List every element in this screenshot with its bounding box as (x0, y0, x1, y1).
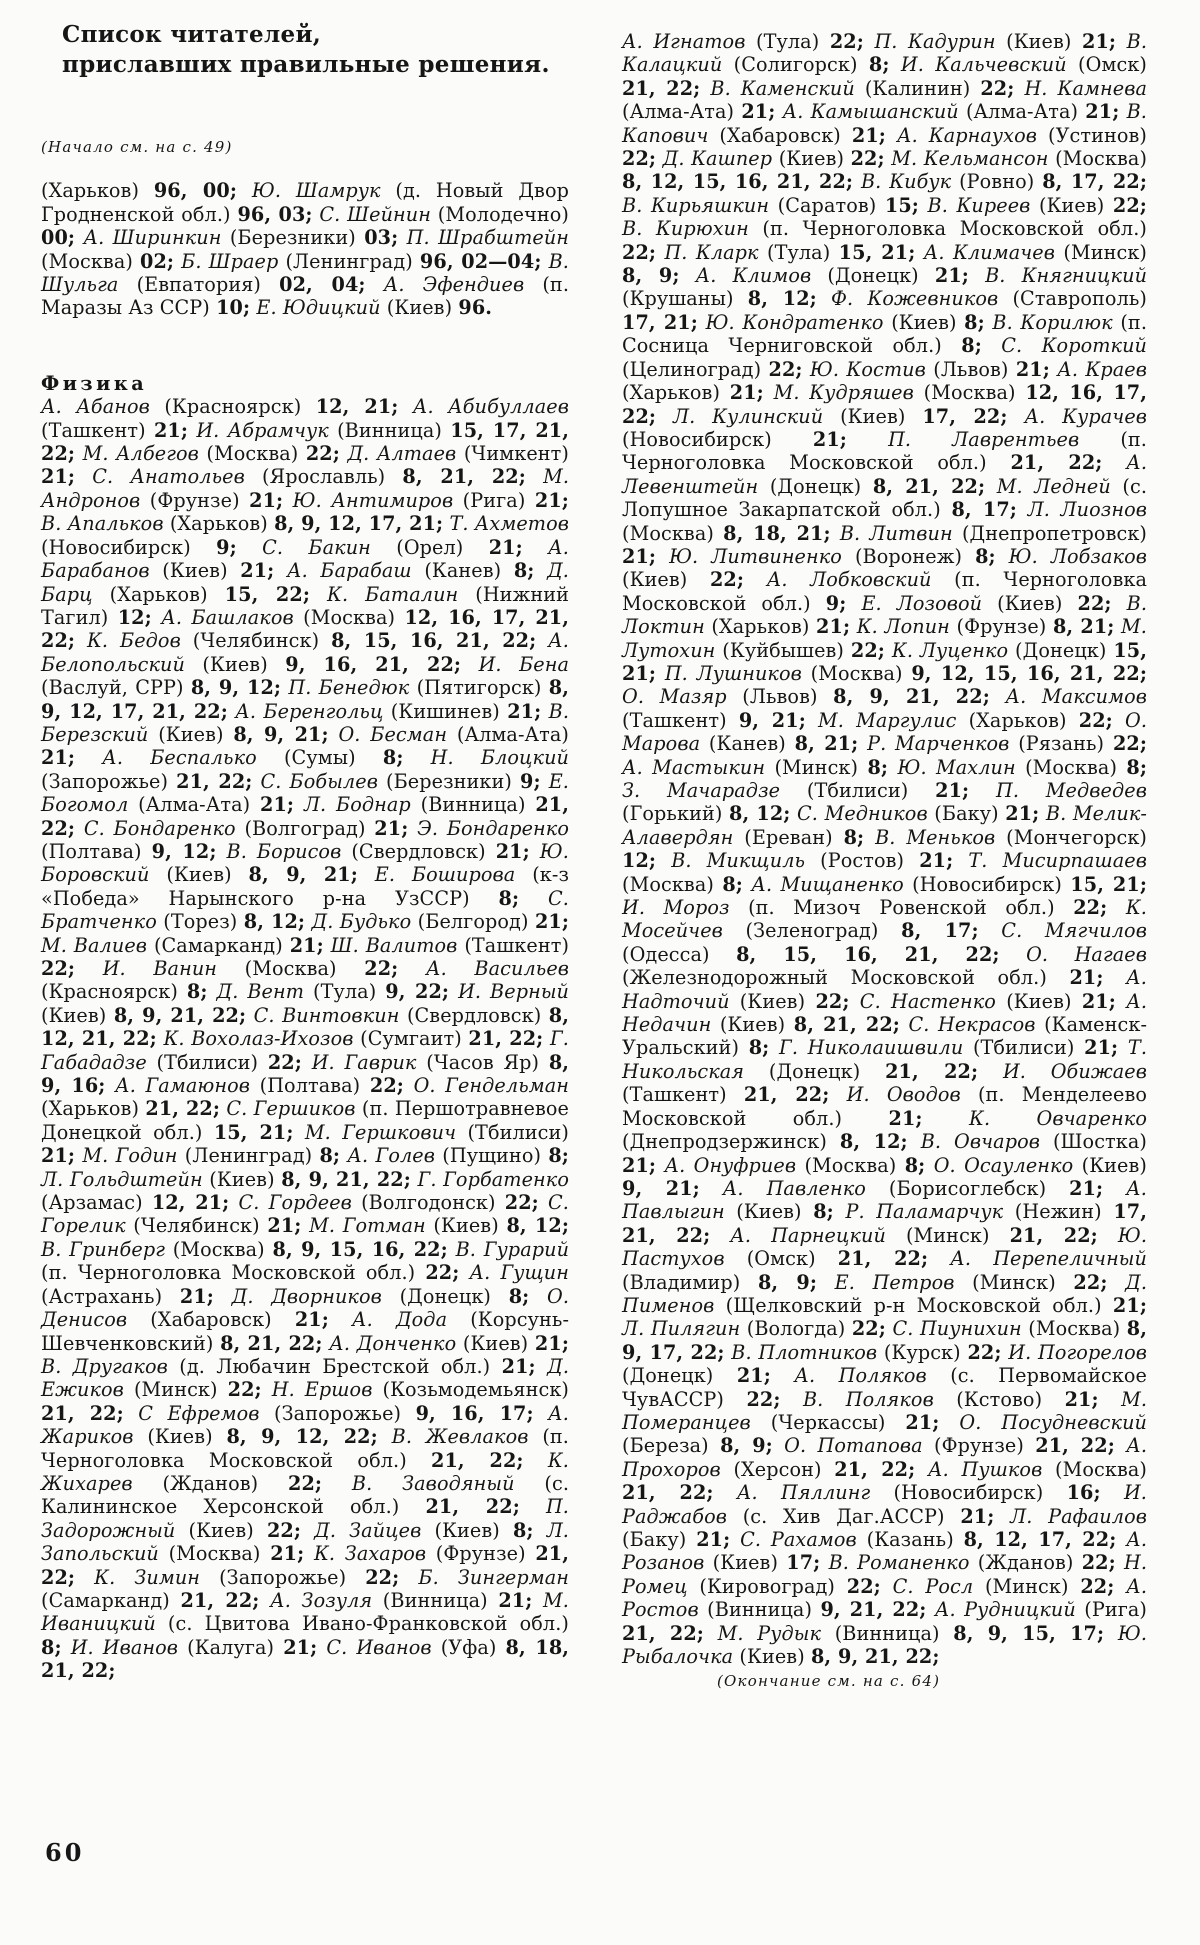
reader-city: (Киев) (162, 559, 227, 582)
reader-name: А. Максимов (1006, 685, 1148, 708)
reader-name: А. Поляков (794, 1364, 926, 1387)
problem-numbers: 22; (746, 1388, 780, 1411)
problem-numbers: 22; (370, 1074, 404, 1097)
problem-numbers: 8; (749, 1036, 770, 1059)
reader-name: Д. Алтаев (347, 442, 456, 465)
reader-entry: А. Камышанский (Алма-Ата) 21; (783, 100, 1120, 123)
problem-numbers: 22; (622, 241, 656, 264)
reader-entry: П. Кадурин (Киев) 21; (874, 30, 1116, 53)
reader-name: А. Барабаш (287, 559, 412, 582)
problem-numbers: 8; (509, 1285, 530, 1308)
reader-name: А. Климачев (924, 241, 1055, 264)
problem-numbers: 22; (425, 1261, 459, 1284)
problem-numbers: 8, 21, 22; (873, 475, 985, 498)
reader-entry: Л. Кулинский (Киев) 17, 22; (673, 405, 1008, 428)
page-number: 60 (45, 1838, 84, 1867)
reader-entry: И. Иванов (Калуга) 21; (71, 1636, 318, 1659)
reader-city: (Алма-Ата) (457, 723, 569, 746)
problem-numbers: 22; (980, 77, 1014, 100)
reader-entry: В. Кирьяшкин (Саратов) 15; (622, 194, 919, 217)
reader-entry: В. Микщиль (Ростов) 21; (671, 849, 953, 872)
physics-paragraph-left: А. Абанов (Красноярск) 12, 21; А. Абибул… (41, 395, 569, 1682)
reader-entry: П. Кларк (Тула) 15, 21; (664, 241, 915, 264)
reader-name: А. Башлаков (161, 606, 294, 629)
reader-city: (Минск) (906, 1224, 990, 1247)
problem-numbers: 8; (867, 756, 888, 779)
reader-city: (Ростов) (820, 849, 904, 872)
reader-city: (Козьмодемьянск) (382, 1378, 569, 1401)
reader-entry: (Харьков) 96, 00; (41, 179, 237, 202)
reader-city: (Киев) (736, 1200, 801, 1223)
reader-name: А. Мастыкин (622, 756, 765, 779)
problem-numbers: 21, 22; (425, 1495, 519, 1518)
reader-city: (Крушаны) (622, 287, 734, 310)
reader-city: (с. Хив Даг.АССР) (743, 1505, 945, 1528)
reader-name: Д. Вент (217, 980, 305, 1003)
reader-entry: С. Настенко (Киев) 21; (860, 990, 1116, 1013)
reader-city: (Москва) (1028, 1317, 1120, 1340)
reader-city: (Москва) (173, 1238, 265, 1261)
reader-name: В. Гринберг (41, 1238, 165, 1261)
reader-entry: Д. Дворников (Донецк) 8; (232, 1285, 530, 1308)
reader-city: (Шостка) (1053, 1130, 1147, 1153)
problem-numbers: 21, 22; (1035, 1434, 1115, 1457)
reader-name: А. Краев (1057, 358, 1147, 381)
reader-name: А. Пяллинг (737, 1481, 870, 1504)
reader-name: А. Зозуля (270, 1589, 372, 1612)
reader-name: И. Верный (458, 980, 569, 1003)
problem-numbers: 96, 02—04; (420, 250, 542, 273)
reader-entry: С. Гордеев (Волгодонск) 22; (239, 1191, 539, 1214)
problem-numbers: 22; (830, 30, 864, 53)
reader-entry: С Ефремов (Запорожье) 9, 16, 17; (138, 1402, 533, 1425)
reader-city: (Уфа) (441, 1636, 497, 1659)
reader-name: Ю. Махлин (897, 756, 1015, 779)
reader-entry: В. Гринберг (Москва) 8, 9, 15, 16, 22; (41, 1238, 448, 1261)
problem-numbers: 21; (374, 817, 408, 840)
reader-city: (Минск) (134, 1378, 218, 1401)
reader-city: (Полтава) (41, 840, 142, 863)
reader-entry: О. Потапова (Фрунзе) 21, 22; (784, 1434, 1115, 1457)
reader-city: (Кировоград) (699, 1575, 835, 1598)
reader-entry: А. Барабаш (Канев) 8; (287, 559, 535, 582)
reader-name: С. Мягчилов (1001, 919, 1147, 942)
reader-name: С. Настенко (860, 990, 996, 1013)
reader-name: К. Луценко (892, 639, 1008, 662)
problem-numbers: 22; (365, 1566, 399, 1589)
reader-entry: О. Мазяр (Львов) 8, 9, 21, 22; (622, 685, 990, 708)
reader-city: (Фрунзе) (436, 1542, 526, 1565)
problem-numbers: 9; (520, 770, 541, 793)
problem-numbers: 8, 12, 15, 16, 21, 22; (622, 170, 853, 193)
problem-numbers: 8; (961, 334, 982, 357)
reader-name: К. Зимин (94, 1566, 200, 1589)
reader-entry: А. Зозуля (Винница) 21; (270, 1589, 532, 1612)
reader-name: С. Иванов (326, 1636, 431, 1659)
problem-numbers: 21; (1065, 1388, 1099, 1411)
reader-entry: Ю. Костив (Львов) 21; (810, 358, 1050, 381)
reader-city: (Москва) (206, 442, 298, 465)
reader-city: (Киев) (434, 1519, 499, 1542)
reader-city: (Киев) (209, 1168, 274, 1191)
reader-city: (Москва) (622, 873, 714, 896)
reader-entry: Д. Кашпер (Киев) 22; (663, 147, 885, 170)
problem-numbers: 22; (41, 957, 75, 980)
reader-name: А. Перепеличный (950, 1247, 1147, 1270)
reader-city: (Донецк) (770, 475, 861, 498)
problem-numbers: 9, 21; (622, 1177, 700, 1200)
problem-numbers: 9; (826, 592, 847, 615)
reader-name: П. Лаврентьев (888, 428, 1079, 451)
reader-name: М. Кудряшев (774, 381, 914, 404)
reader-name: П. Лушников (665, 662, 802, 685)
reader-city: (Мончегорск) (1006, 826, 1147, 849)
reader-city: (Винница) (835, 1622, 940, 1645)
reader-city: (Донецк) (827, 264, 918, 287)
reader-city: (с. Цвитова Ивано-Франковской обл.) (168, 1612, 569, 1635)
reader-name: И. Бена (479, 653, 569, 676)
reader-name: С. Бакин (262, 536, 371, 559)
problem-numbers: 8, 17; (951, 498, 1017, 521)
reader-city: (Волгоград) (244, 817, 365, 840)
reader-city: (Киев) (739, 1645, 804, 1668)
problem-numbers: 21; (240, 559, 274, 582)
reader-entry: З. Мачарадзе (Тбилиси) 21; (622, 779, 969, 802)
problem-numbers: 15, 21; (1070, 873, 1147, 896)
reader-name: Е. Юдицкий (256, 296, 380, 319)
reader-entry: Ю. Литвиненко (Воронеж) 8; (669, 545, 996, 568)
reader-city: (Евпатория) (137, 273, 261, 296)
reader-name: Ю. Шамрук (252, 179, 381, 202)
reader-city: (Челябинск) (193, 629, 319, 652)
problem-numbers: 21; (283, 1636, 317, 1659)
problem-numbers: 8, 17; (901, 919, 979, 942)
reader-city: (Тула) (767, 241, 830, 264)
reader-city: (Васлуй, СРР) (41, 676, 184, 699)
reader-city: (Торез) (163, 910, 237, 933)
reader-entry: В. Плотников (Курск) 22; (731, 1341, 1001, 1364)
reader-city: (д. Любачин Брестской обл.) (179, 1355, 490, 1378)
problem-numbers: 96, 00; (154, 179, 237, 202)
problem-numbers: 22; (228, 1378, 262, 1401)
reader-name: О. Посудневский (959, 1411, 1147, 1434)
problem-numbers: 21, 22; (622, 77, 700, 100)
reader-name: С. Гордеев (239, 1191, 352, 1214)
reader-name: С. Гершиков (226, 1097, 355, 1120)
reader-name: Г. Горбатенко (418, 1168, 569, 1191)
reader-city: (Москва) (1055, 147, 1147, 170)
reader-city: (Харьков) (170, 512, 268, 535)
reader-entry: А. Гамаюнов (Полтава) 22; (115, 1074, 404, 1097)
reader-entry: С. Бондаренко (Волгоград) 21; (84, 817, 409, 840)
problem-numbers: 21, 22; (834, 1458, 915, 1481)
reader-entry: С. Медников (Баку) 21; (797, 802, 1039, 825)
reader-city: (Киев) (713, 1551, 778, 1574)
reader-entry: К. Бедов (Челябинск) 8, 15, 16, 21, 22; (87, 629, 536, 652)
problem-numbers: 22; (815, 990, 849, 1013)
reader-name: М. Рудык (718, 1622, 821, 1645)
reader-name: А. Рудницкий (935, 1598, 1076, 1621)
problem-numbers: 21; (295, 1308, 329, 1331)
problem-numbers: 21; (889, 1107, 923, 1130)
reader-entry: Д. Вент (Тула) 9, 22; (217, 980, 450, 1003)
reader-entry: Ю. Антимиров (Рига) 21; (293, 489, 569, 512)
reader-city: (Запорожье) (274, 1402, 401, 1425)
reader-name: И. Погорелов (1008, 1341, 1147, 1364)
problem-numbers: 21; (852, 124, 886, 147)
left-column: Список читателей, приславших правильные … (41, 20, 569, 1683)
reader-city: (Москва) (1025, 756, 1117, 779)
reader-name: А. Павленко (723, 1177, 866, 1200)
problem-numbers: 8; (187, 980, 208, 1003)
reader-entry: Б. Шраер (Ленинград) 96, 02—04; (181, 250, 541, 273)
reader-city: (Ташкент) (622, 709, 727, 732)
problem-numbers: 17; (786, 1551, 820, 1574)
reader-name: К. Захаров (314, 1542, 426, 1565)
reader-city: (Тбилиси) (157, 1051, 259, 1074)
reader-name: В. Каменский (710, 77, 854, 100)
reader-city: (Винница) (707, 1598, 812, 1621)
reader-city: (Рига) (1084, 1598, 1147, 1621)
reader-city: (Канев) (424, 559, 501, 582)
reader-name: Л. Кулинский (673, 405, 823, 428)
reader-city: (Днепродзержинск) (622, 1130, 827, 1153)
problem-numbers: 22; (306, 442, 340, 465)
reader-entry: К. Зимин (Запорожье) 22; (94, 1566, 399, 1589)
reader-name: И. Иванов (71, 1636, 178, 1659)
reader-city: (Запорожье) (219, 1566, 346, 1589)
reader-city: (Донецк) (622, 1364, 713, 1387)
reader-name: А. Васильев (426, 957, 569, 980)
reader-name: П. Бенедюк (288, 676, 409, 699)
reader-city: (Зеленоград) (746, 919, 879, 942)
reader-entry: С. Росл (Минск) 22; (893, 1575, 1115, 1598)
reader-city: (Винница) (421, 793, 526, 816)
reader-entry: С. Бобылев (Березники) 9; (261, 770, 541, 793)
problem-numbers: 21; (267, 1214, 301, 1237)
reader-city: (Курск) (884, 1341, 961, 1364)
reader-name: Л. Лиознов (1028, 498, 1147, 521)
reader-city: (Ташкент) (41, 419, 146, 442)
reader-entry: К. Вохолаз-Ихозов (Сумгаит) 21, 22; (163, 1027, 543, 1050)
problem-numbers: 8, 12; (748, 287, 817, 310)
reader-entry: Ю. Кондратенко (Киев) 8; (706, 311, 985, 334)
reader-city: (Донецк) (1015, 639, 1106, 662)
reader-name: В. Кирюхин (622, 217, 749, 240)
reader-name: П. Медведев (996, 779, 1147, 802)
problem-numbers: 22; (769, 358, 803, 381)
reader-name: С. Рахамов (740, 1528, 857, 1551)
reader-city: (Винница) (337, 419, 442, 442)
reader-city: (Пятигорск) (417, 676, 542, 699)
reader-name: И. Мороз (622, 896, 730, 919)
problem-numbers: 8; (499, 887, 520, 910)
reader-entry: М. Готман (Киев) 8, 12; (309, 1214, 569, 1237)
problem-numbers: 21; (489, 536, 523, 559)
reader-city: (Фрунзе) (934, 1434, 1024, 1457)
reader-name: С. Некрасов (909, 1013, 1036, 1036)
reader-name: М. Валиев (41, 934, 147, 957)
reader-city: (Алма-Ата) (966, 100, 1078, 123)
problem-numbers: 21, 22; (181, 1589, 260, 1612)
reader-entry: Ю. Махлин (Москва) 8; (897, 756, 1147, 779)
reader-entry: А. Абанов (Красноярск) 12, 21; (41, 395, 399, 418)
problem-numbers: 17, 21; (622, 311, 698, 334)
reader-entry: П. Лушников (Москва) 9, 12, 15, 16, 21, … (665, 662, 1147, 685)
reader-name: Г. Николаишвили (779, 1036, 963, 1059)
problem-numbers: 96. (458, 296, 492, 319)
continued-from-note: (Начало см. на с. 49) (41, 136, 569, 159)
reader-city: (Киев) (997, 592, 1062, 615)
problem-numbers: 21, 22; (41, 1402, 124, 1425)
problem-numbers: 8, 9, 21; (249, 863, 358, 886)
reader-entry: А. Беспалько (Сумы) 8; (102, 746, 403, 769)
problem-numbers: 21; (1082, 990, 1116, 1013)
problem-numbers: 21, 22; (468, 1027, 543, 1050)
problem-numbers: 21; (1113, 1294, 1147, 1317)
reader-city: (Свердловск) (407, 1004, 541, 1027)
problem-numbers: 8, 21, 22; (794, 1013, 900, 1036)
reader-name: А. Эфендиев (384, 273, 524, 296)
problem-numbers: 21; (41, 746, 75, 769)
reader-city: (Москва) (41, 250, 133, 273)
reader-city: (Устинов) (1048, 124, 1147, 147)
reader-name: Р. Паламарчук (845, 1200, 1003, 1223)
reader-city: (Одесса) (622, 943, 710, 966)
reader-city: (Борисоглебск) (889, 1177, 1046, 1200)
problem-numbers: 22; (622, 147, 656, 170)
reader-entry: А. Павленко (Борисоглебск) 21; (723, 1177, 1103, 1200)
reader-city: (Киев) (158, 723, 223, 746)
problem-numbers: 21, 22; (622, 1622, 704, 1645)
reader-name: Т. Мисирпашаев (968, 849, 1147, 872)
reader-entry: Г. Николаишвили (Тбилиси) 21; (779, 1036, 1118, 1059)
problem-numbers: 21; (41, 1144, 75, 1167)
problem-numbers: 21; (496, 840, 530, 863)
reader-name: О. Нагаев (1026, 943, 1147, 966)
reader-name: Ю. Антимиров (293, 489, 454, 512)
problem-numbers: 21, 22; (885, 1060, 978, 1083)
reader-city: (Солигорск) (734, 53, 858, 76)
reader-city: (Березники) (386, 770, 512, 793)
problem-numbers: 8, 9, 21, 22; (811, 1645, 940, 1668)
reader-city: (Тбилиси) (973, 1036, 1075, 1059)
problem-numbers: 02; (140, 250, 174, 273)
reader-entry: В. Поляков (Кстово) 21; (803, 1388, 1099, 1411)
page-title: Список читателей, приславших правильные … (62, 20, 569, 80)
problem-numbers: 22; (1073, 1271, 1107, 1294)
reader-name: О. Потапова (784, 1434, 923, 1457)
reader-name: О. Осауленко (934, 1154, 1074, 1177)
problem-numbers: 9, 16, 17; (416, 1402, 534, 1425)
reader-city: (Киев) (41, 1004, 106, 1027)
reader-name: Е. Лозовой (861, 592, 982, 615)
reader-name: К. Лопин (857, 615, 950, 638)
reader-entry: В. Кибук (Ровно) 8, 17, 22; (861, 170, 1147, 193)
reader-name: С. Шейнин (319, 203, 431, 226)
problem-numbers: 21; (935, 264, 969, 287)
reader-entry: А. Климов (Донецк) 21; (696, 264, 969, 287)
reader-city: (Харьков) (41, 179, 139, 202)
reader-city: (Красноярск) (164, 395, 301, 418)
problem-numbers: 8, 9, 21, 22; (281, 1168, 411, 1191)
problem-numbers: 8, 12; (840, 1130, 908, 1153)
problem-numbers: 21; (260, 793, 294, 816)
reader-city: (Тула) (756, 30, 819, 53)
reader-name: Л. Рафаилов (1010, 1505, 1147, 1528)
reader-entry: А. Беренгольц (Кишинев) 21; (235, 700, 541, 723)
reader-city: (Киев) (433, 1214, 498, 1237)
reader-city: (Тула) (313, 980, 376, 1003)
problem-numbers: 9, 12; (152, 840, 217, 863)
reader-city: (Львов) (742, 685, 817, 708)
reader-city: (Чимкент) (464, 442, 569, 465)
reader-name: С. Анатольев (92, 465, 245, 488)
reader-name: М. Ледней (997, 475, 1111, 498)
problem-numbers: 21; (696, 1528, 730, 1551)
problem-numbers: 21, 22; (1010, 451, 1102, 474)
reader-entry: В. Киреев (Киев) 22; (928, 194, 1147, 217)
problem-numbers: 8; (813, 1200, 834, 1223)
problem-numbers: 21; (816, 615, 850, 638)
reader-name: А. Донченко (329, 1332, 456, 1355)
reader-city: (Алма-Ата) (138, 793, 250, 816)
reader-entry: А. Голев (Пущино) 8; (347, 1144, 569, 1167)
problem-numbers: 15, 21; (839, 241, 916, 264)
reader-city: (Жданов) (978, 1551, 1074, 1574)
reader-name: К. Вохолаз-Ихозов (163, 1027, 353, 1050)
problem-numbers: 8; (548, 1144, 569, 1167)
reader-name: К. Бедов (87, 629, 181, 652)
reader-city: (Горький) (622, 802, 722, 825)
problem-numbers: 10; (216, 296, 250, 319)
reader-city: (Москва) (1055, 1458, 1147, 1481)
reader-entry: С. Анатольев (Ярославль) 8, 21, 22; (92, 465, 526, 488)
problem-numbers: 8, 9, 21, 22; (114, 1004, 246, 1027)
reader-city: (Москва) (303, 606, 395, 629)
reader-city: (Пущино) (442, 1144, 541, 1167)
reader-entry: К. Лопин (Фрунзе) 8, 21; (857, 615, 1115, 638)
reader-city: (Черкассы) (771, 1411, 886, 1434)
reader-city: (Фрунзе) (150, 489, 240, 512)
problem-numbers: 8, 15, 16, 21, 22; (331, 629, 536, 652)
reader-city: (Нежин) (1015, 1200, 1102, 1223)
reader-city: (Свердловск) (351, 840, 485, 863)
reader-city: (Винница) (383, 1589, 488, 1612)
problem-numbers: 8; (514, 559, 535, 582)
reader-city: (Жданов) (162, 1472, 258, 1495)
reader-city: (Тбилиси) (807, 779, 909, 802)
reader-city: (Киев) (188, 1519, 253, 1542)
problem-numbers: 22; (268, 1051, 302, 1074)
reader-city: (Рига) (463, 489, 526, 512)
reader-name: Д. Будько (312, 910, 412, 933)
reader-city: (Березники) (230, 226, 356, 249)
problem-numbers: 21; (905, 1411, 939, 1434)
reader-city: (Ленинград) (285, 250, 412, 273)
reader-city: (Киев) (202, 653, 267, 676)
problem-numbers: 8, 9; (758, 1271, 817, 1294)
reader-name: А. Гущин (470, 1261, 569, 1284)
reader-city: (Ставрополь) (1012, 287, 1147, 310)
reader-entry: Е. Лозовой (Киев) 22; (861, 592, 1111, 615)
reader-name: П. Кларк (664, 241, 758, 264)
problem-numbers: 8, 21, 22; (220, 1332, 322, 1355)
problem-numbers: 8, 9, 12, 17, 21; (274, 512, 443, 535)
reader-entry: В. Романенко (Жданов) 22; (829, 1551, 1116, 1574)
problem-numbers: 8, 12; (506, 1214, 569, 1237)
reader-city: (Челябинск) (133, 1214, 259, 1237)
